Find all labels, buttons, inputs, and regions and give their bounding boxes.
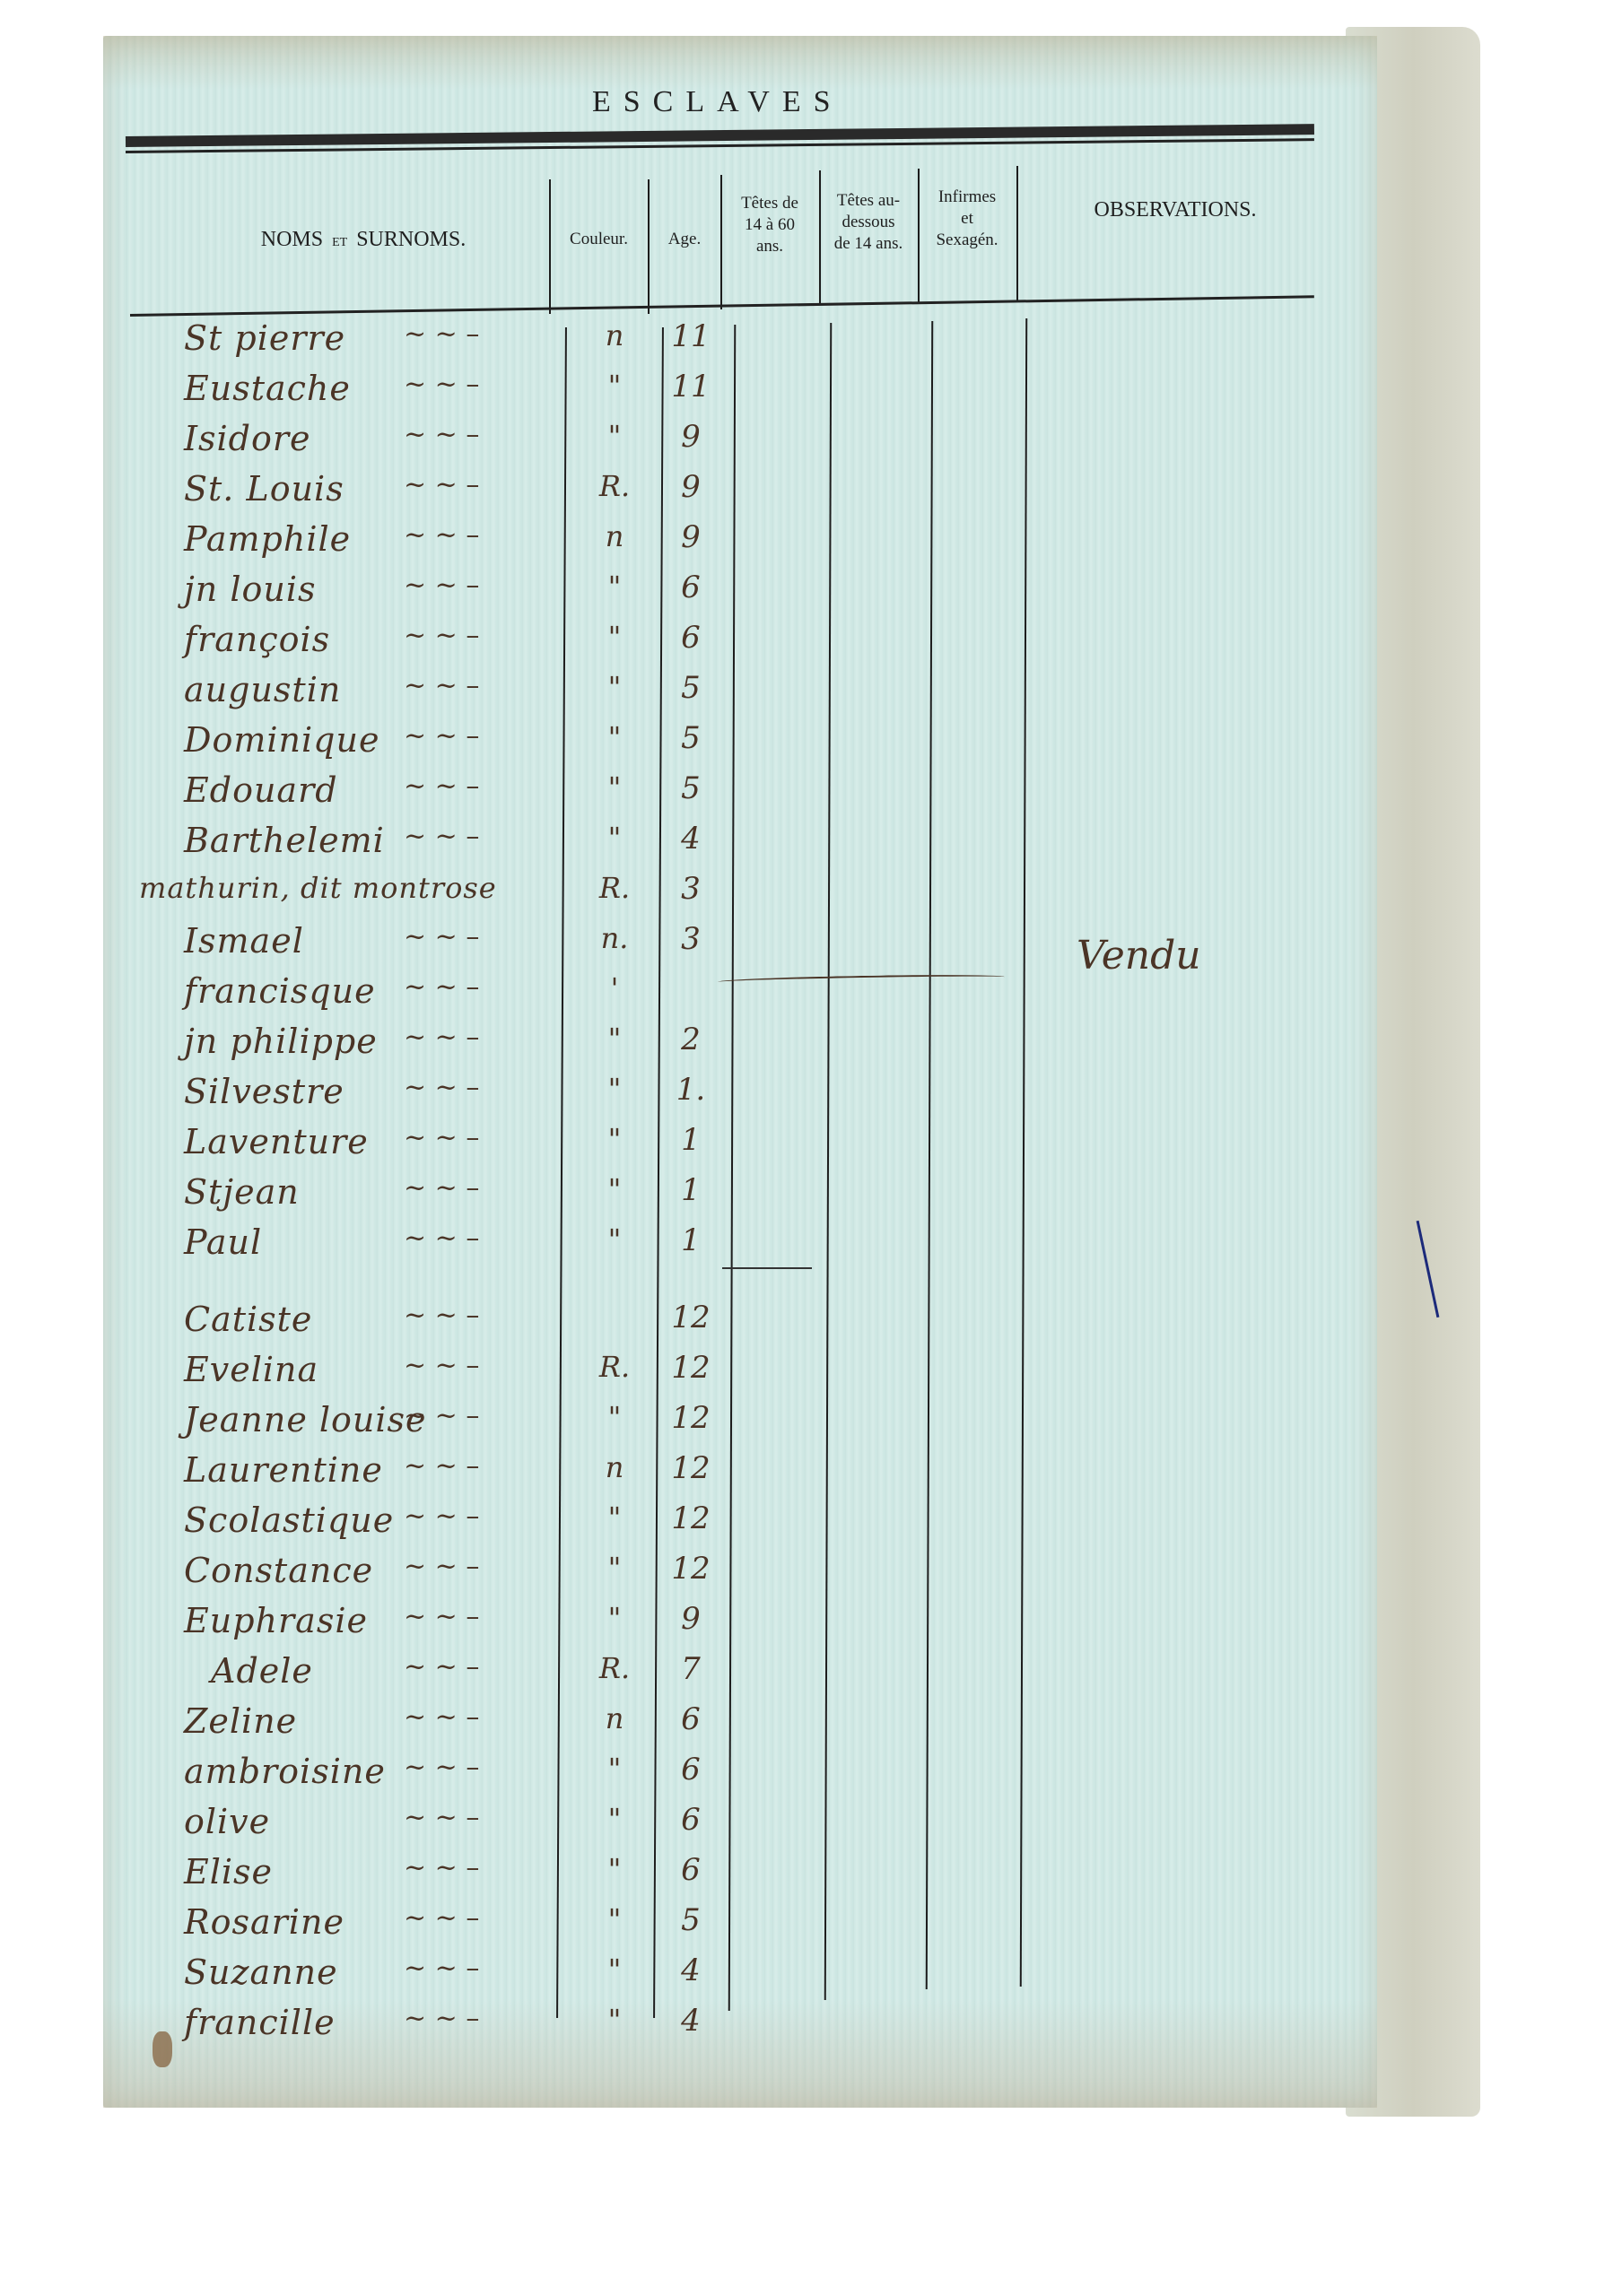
header-line: Sexagén. — [920, 230, 1015, 251]
row-couleur: " — [588, 1551, 641, 1585]
header-age: Age. — [650, 229, 719, 250]
row-age: 4 — [659, 821, 722, 857]
filler-dashes: ~ ~ – — [404, 1752, 479, 1783]
row-couleur: n — [588, 519, 641, 553]
table-row: Suzanne~ ~ –"4 — [0, 1952, 1622, 2004]
row-couleur: n — [588, 1450, 641, 1484]
table-row: Isidore~ ~ –"9 — [0, 419, 1622, 470]
row-couleur: " — [588, 2003, 641, 2037]
filler-dashes: ~ ~ – — [404, 921, 479, 952]
row-couleur: " — [588, 1952, 641, 1987]
column-divider — [1016, 166, 1018, 300]
row-age: 6 — [659, 1852, 722, 1888]
row-couleur: " — [588, 720, 641, 754]
row-name: Ismael — [184, 921, 304, 961]
header-noms: NOMS — [261, 228, 323, 251]
filler-dashes: ~ ~ – — [404, 1450, 479, 1482]
table-row: augustin~ ~ –"5 — [0, 670, 1622, 721]
row-age: 5 — [659, 770, 722, 806]
row-couleur: " — [588, 1400, 641, 1434]
table-row: jn louis~ ~ –"6 — [0, 570, 1622, 621]
table-row: mathurin, dit montroseR.3 — [0, 871, 1622, 922]
table-row: jn philippe~ ~ –"2 — [0, 1022, 1622, 1073]
filler-dashes: ~ ~ – — [404, 720, 479, 752]
row-couleur: R. — [588, 1651, 641, 1685]
filler-dashes: ~ ~ – — [404, 519, 479, 551]
row-name: olive — [184, 1802, 270, 1841]
header-line: de 14 ans. — [821, 233, 916, 255]
table-row: Euphrasie~ ~ –"9 — [0, 1601, 1622, 1652]
row-name: Laventure — [184, 1122, 369, 1161]
table-row: Pamphile~ ~ –n9 — [0, 519, 1622, 570]
filler-dashes: ~ ~ – — [404, 419, 479, 450]
table-row: Laurentine~ ~ –n12 — [0, 1450, 1622, 1501]
row-couleur: " — [588, 1222, 641, 1257]
row-age: 6 — [659, 1701, 722, 1737]
filler-dashes: ~ ~ – — [404, 620, 479, 651]
row-name: jn philippe — [184, 1022, 378, 1061]
row-couleur: " — [588, 1601, 641, 1635]
filler-dashes: ~ ~ – — [404, 1601, 479, 1632]
filler-dashes: ~ ~ – — [404, 1902, 479, 1934]
row-name: Laurentine — [184, 1450, 383, 1490]
row-name: Evelina — [184, 1350, 318, 1389]
filler-dashes: ~ ~ – — [404, 1852, 479, 1883]
header-et: ET — [332, 236, 347, 249]
row-couleur: " — [588, 570, 641, 604]
row-age: 9 — [659, 519, 722, 555]
row-name: St pierre — [184, 318, 345, 358]
row-name: Zeline — [184, 1701, 297, 1741]
header-surnoms: SURNOMS. — [356, 228, 466, 251]
table-row: Rosarine~ ~ –"5 — [0, 1902, 1622, 1953]
row-name: Rosarine — [184, 1902, 344, 1942]
row-couleur: R. — [588, 469, 641, 503]
table-row: Barthelemi~ ~ –"4 — [0, 821, 1622, 872]
row-age: 2 — [659, 1022, 722, 1057]
row-name: Pamphile — [184, 519, 351, 559]
table-row: Constance~ ~ –"12 — [0, 1551, 1622, 1602]
row-age: 7 — [659, 1651, 722, 1687]
header-line: Têtes de — [722, 193, 817, 214]
table-row: Scolastique~ ~ –"12 — [0, 1500, 1622, 1552]
header-line: dessous — [821, 212, 916, 233]
row-age: 11 — [659, 318, 722, 354]
row-name: Catiste — [184, 1300, 312, 1339]
row-age: 5 — [659, 720, 722, 756]
filler-dashes: ~ ~ – — [404, 1022, 479, 1053]
header-tetes-14-60: Têtes de 14 à 60 ans. — [722, 193, 817, 257]
column-divider — [549, 179, 551, 314]
row-couleur: ' — [588, 971, 641, 1005]
table-row: Evelina~ ~ –R.12 — [0, 1350, 1622, 1401]
table-row: Adele~ ~ –R.7 — [0, 1651, 1622, 1702]
header-noms-et-surnoms: NOMSETSURNOMS. — [193, 229, 534, 254]
filler-dashes: ~ ~ – — [404, 1551, 479, 1582]
table-row: Eustache~ ~ –"11 — [0, 369, 1622, 420]
table-row: St. Louis~ ~ –R.9 — [0, 469, 1622, 520]
filler-dashes: ~ ~ – — [404, 770, 479, 802]
row-age: 1 — [659, 1222, 722, 1258]
filler-dashes: ~ ~ – — [404, 821, 479, 852]
table-row: Dominique~ ~ –"5 — [0, 720, 1622, 771]
row-couleur: " — [588, 1852, 641, 1886]
row-name: Eustache — [184, 369, 351, 408]
row-age: 1 — [659, 1172, 722, 1208]
row-name: Isidore — [184, 419, 311, 458]
row-name: Scolastique — [184, 1500, 394, 1540]
filler-dashes: ~ ~ – — [404, 318, 479, 350]
row-name: Barthelemi — [184, 821, 385, 860]
filler-dashes: ~ ~ – — [404, 971, 479, 1003]
header-line: et — [920, 208, 1015, 230]
row-name: francille — [184, 2003, 336, 2042]
header-observations: OBSERVATIONS. — [1041, 199, 1310, 221]
filler-dashes: ~ ~ – — [404, 1072, 479, 1103]
row-age: 6 — [659, 570, 722, 605]
row-name: Dominique — [184, 720, 379, 760]
table-row: Elise~ ~ –"6 — [0, 1852, 1622, 1903]
table-row: ambroisine~ ~ –"6 — [0, 1752, 1622, 1803]
row-age: 11 — [659, 369, 722, 404]
row-age: 1 — [659, 1122, 722, 1158]
table-row: francille~ ~ –"4 — [0, 2003, 1622, 2054]
row-name: jn louis — [184, 570, 317, 609]
row-age: 3 — [659, 871, 722, 907]
table-row: francisque~ ~ –' — [0, 971, 1622, 1022]
filler-dashes: ~ ~ – — [404, 1400, 479, 1431]
filler-dashes: ~ ~ – — [404, 1952, 479, 1984]
row-couleur: " — [588, 1022, 641, 1056]
row-name: Constance — [184, 1551, 373, 1590]
row-name: Elise — [184, 1852, 273, 1892]
filler-dashes: ~ ~ – — [404, 670, 479, 701]
row-couleur: " — [588, 1072, 641, 1106]
row-couleur: n — [588, 1701, 641, 1735]
filler-dashes: ~ ~ – — [404, 1802, 479, 1833]
row-couleur: " — [588, 670, 641, 704]
row-name: Jeanne louise — [184, 1400, 427, 1439]
row-name: St. Louis — [184, 469, 344, 509]
filler-dashes: ~ ~ – — [404, 1701, 479, 1733]
row-name: augustin — [184, 670, 341, 709]
filler-dashes: ~ ~ – — [404, 469, 479, 500]
row-age: 9 — [659, 1601, 722, 1637]
table-row: Jeanne louise~ ~ –"12 — [0, 1400, 1622, 1451]
row-age: 9 — [659, 469, 722, 505]
header-line: ans. — [722, 236, 817, 257]
row-couleur: " — [588, 1802, 641, 1836]
filler-dashes: ~ ~ – — [404, 570, 479, 601]
filler-dashes: ~ ~ – — [404, 1300, 479, 1331]
table-row: Edouard~ ~ –"5 — [0, 770, 1622, 822]
table-row: Ismael~ ~ –n.3 — [0, 921, 1622, 972]
row-age: 12 — [659, 1350, 722, 1386]
table-row: Stjean~ ~ –"1 — [0, 1172, 1622, 1223]
header-line: Infirmes — [920, 187, 1015, 208]
row-age: 4 — [659, 2003, 722, 2039]
row-couleur: " — [588, 620, 641, 654]
row-name: Stjean — [184, 1172, 300, 1212]
table-row: Laventure~ ~ –"1 — [0, 1122, 1622, 1173]
filler-dashes: ~ ~ – — [404, 1350, 479, 1381]
filler-dashes: ~ ~ – — [404, 1500, 479, 1532]
header-couleur: Couleur. — [552, 229, 646, 250]
row-age: 5 — [659, 670, 722, 706]
row-couleur: " — [588, 419, 641, 453]
row-couleur: " — [588, 1172, 641, 1206]
row-age: 9 — [659, 419, 722, 455]
row-name: Suzanne — [184, 1952, 338, 1992]
table-row: Paul~ ~ –"1 — [0, 1222, 1622, 1274]
filler-dashes: ~ ~ – — [404, 1222, 479, 1254]
row-age: 6 — [659, 620, 722, 656]
table-row: Silvestre~ ~ –"1. — [0, 1072, 1622, 1123]
filler-dashes: ~ ~ – — [404, 2003, 479, 2034]
row-age: 12 — [659, 1450, 722, 1486]
row-name: Edouard — [184, 770, 338, 810]
row-couleur: " — [588, 1752, 641, 1786]
row-couleur: R. — [588, 871, 641, 905]
row-age: 1. — [659, 1072, 722, 1108]
row-name: mathurin, dit montrose — [139, 871, 497, 905]
row-couleur: n — [588, 318, 641, 352]
row-couleur: " — [588, 369, 641, 403]
filler-dashes: ~ ~ – — [404, 1172, 479, 1204]
table-row: Zeline~ ~ –n6 — [0, 1701, 1622, 1752]
row-name: ambroisine — [184, 1752, 386, 1791]
row-age: 3 — [659, 921, 722, 957]
table-row: françois~ ~ –"6 — [0, 620, 1622, 671]
filler-dashes: ~ ~ – — [404, 1651, 479, 1683]
table-row: Catiste~ ~ –12 — [0, 1300, 1622, 1351]
row-age: 12 — [659, 1400, 722, 1436]
row-age: 6 — [659, 1752, 722, 1787]
row-couleur: " — [588, 1902, 641, 1936]
filler-dashes: ~ ~ – — [404, 1122, 479, 1153]
row-couleur: n. — [588, 921, 641, 955]
header-line: Têtes au- — [821, 190, 916, 212]
row-age: 12 — [659, 1300, 722, 1335]
header-line: 14 à 60 — [722, 214, 817, 236]
filler-dashes: ~ ~ – — [404, 369, 479, 400]
row-couleur: " — [588, 821, 641, 855]
header-tetes-under-14: Têtes au- dessous de 14 ans. — [821, 190, 916, 255]
table-row: olive~ ~ –"6 — [0, 1802, 1622, 1853]
table-row: St pierre~ ~ –n11 — [0, 318, 1622, 370]
row-age: 12 — [659, 1500, 722, 1536]
row-name: Euphrasie — [184, 1601, 368, 1640]
row-age: 12 — [659, 1551, 722, 1587]
row-couleur: " — [588, 1122, 641, 1156]
row-age: 6 — [659, 1802, 722, 1838]
row-name: francisque — [184, 971, 376, 1011]
row-age: 5 — [659, 1902, 722, 1938]
row-couleur: " — [588, 1500, 641, 1535]
row-name: Adele — [211, 1651, 313, 1691]
header-infirmes: Infirmes et Sexagén. — [920, 187, 1015, 251]
row-name: françois — [184, 620, 330, 659]
row-name: Silvestre — [184, 1072, 344, 1111]
row-couleur: R. — [588, 1350, 641, 1384]
page-title: ESCLAVES — [592, 85, 843, 119]
row-age: 4 — [659, 1952, 722, 1988]
row-couleur: " — [588, 770, 641, 804]
row-name: Paul — [184, 1222, 262, 1262]
